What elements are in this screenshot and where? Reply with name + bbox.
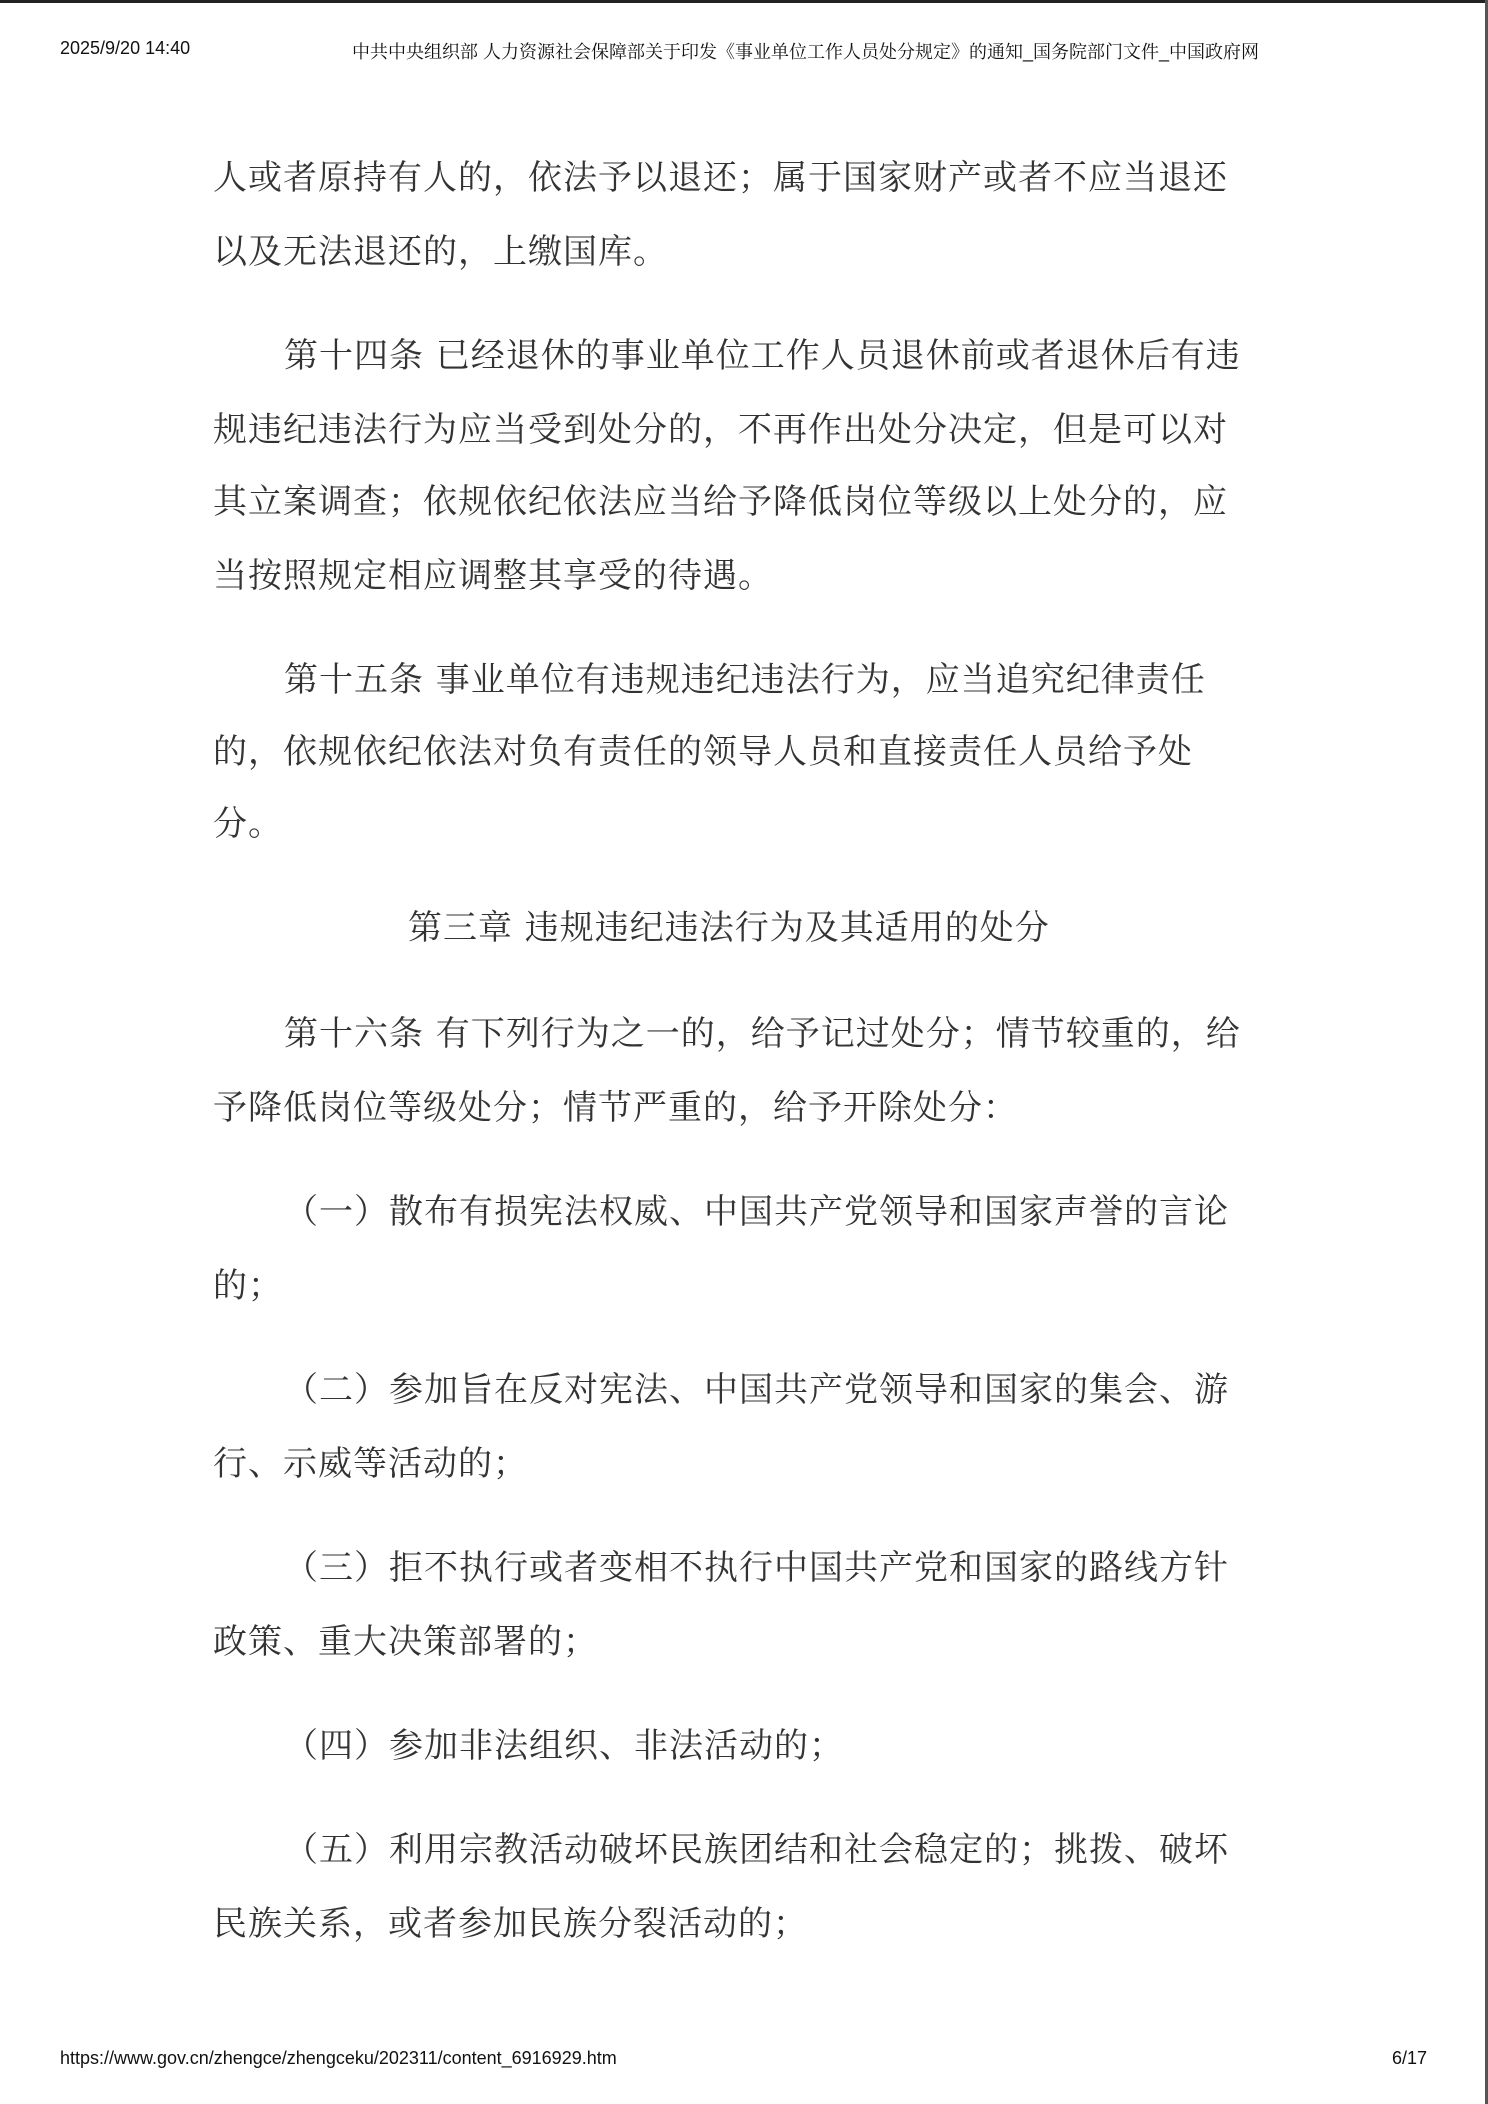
text-line: 人或者原持有人的，依法予以退还；属于国家财产或者不应当退还: [213, 158, 1228, 198]
text-line: 第十五条 事业单位有违规违纪违法行为，应当追究纪律责任: [284, 660, 1206, 700]
page-number: 6/17: [1392, 2048, 1427, 2069]
text-line: 予降低岗位等级处分；情节严重的，给予开除处分：: [213, 1088, 1018, 1128]
text-line: （四）参加非法组织、非法活动的；: [284, 1726, 844, 1766]
text-line: 政策、重大决策部署的；: [213, 1622, 598, 1662]
text-line: 其立案调查；依规依纪依法应当给予降低岗位等级以上处分的，应: [213, 482, 1228, 522]
text-line: （五）利用宗教活动破坏民族团结和社会稳定的；挑拨、破坏: [284, 1830, 1229, 1870]
text-line: （三）拒不执行或者变相不执行中国共产党和国家的路线方针: [284, 1548, 1229, 1588]
text-line: 分。: [213, 804, 283, 844]
page-border-top: [0, 0, 1488, 3]
print-datetime: 2025/9/20 14:40: [60, 38, 190, 59]
text-line: 的；: [213, 1266, 283, 1306]
text-line: 第十六条 有下列行为之一的，给予记过处分；情节较重的，给: [284, 1014, 1241, 1054]
text-line: 第十四条 已经退休的事业单位工作人员退休前或者退休后有违: [284, 336, 1241, 376]
text-line: 规违纪违法行为应当受到处分的，不再作出处分决定，但是可以对: [213, 410, 1228, 450]
text-line: 的，依规依纪依法对负有责任的领导人员和直接责任人员给予处: [213, 732, 1193, 772]
text-line: 民族关系，或者参加民族分裂活动的；: [213, 1904, 808, 1944]
chapter-heading: 第三章 违规违纪违法行为及其适用的处分: [408, 908, 1050, 948]
text-line: （二）参加旨在反对宪法、中国共产党领导和国家的集会、游: [284, 1370, 1229, 1410]
text-line: 行、示威等活动的；: [213, 1444, 528, 1484]
print-page-title: 中共中央组织部 人力资源社会保障部关于印发《事业单位工作人员处分规定》的通知_国…: [352, 38, 1259, 64]
text-line: 当按照规定相应调整其享受的待遇。: [213, 556, 773, 596]
text-line: 以及无法退还的，上缴国库。: [213, 232, 668, 272]
source-url: https://www.gov.cn/zhengce/zhengceku/202…: [60, 2048, 617, 2069]
text-line: （一）散布有损宪法权威、中国共产党领导和国家声誉的言论: [284, 1192, 1229, 1232]
